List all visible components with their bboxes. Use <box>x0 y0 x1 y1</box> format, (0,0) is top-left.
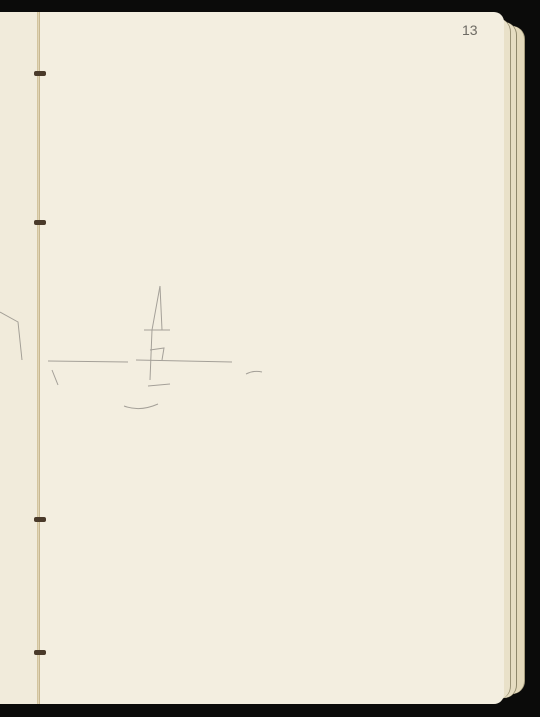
pencil-sketch <box>0 0 540 717</box>
